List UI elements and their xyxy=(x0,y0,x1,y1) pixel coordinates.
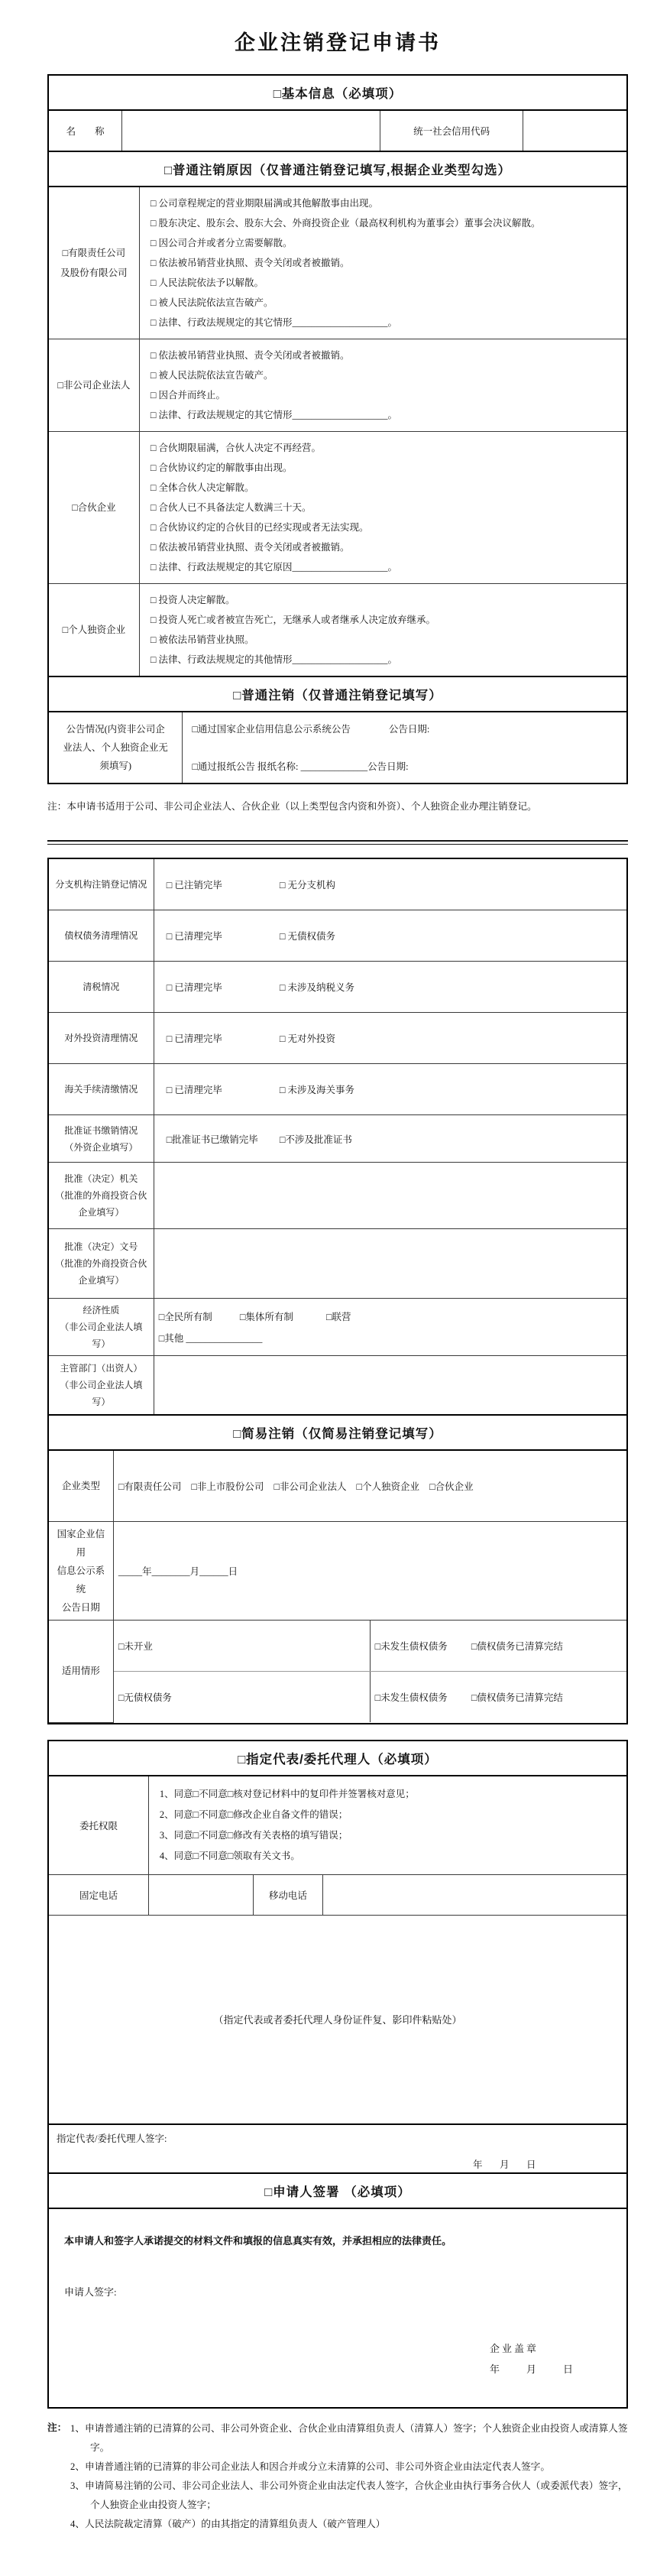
reason-items-cell: □ 合伙期限届满，合伙人决定不再经营。 □ 合伙协议约定的解散事由出现。 □ 全… xyxy=(139,432,626,584)
page-title: 企业注销登记申请书 xyxy=(47,26,628,56)
mobile-phone-input-cell[interactable] xyxy=(322,1874,626,1915)
announce-newspaper-checkbox[interactable]: □通过报纸公告 报纸名称: ______________公告日期: xyxy=(192,759,620,773)
agent-signature-row[interactable]: 指定代表/委托代理人签字: 年 月 日 xyxy=(49,2123,626,2172)
footnote-item: 2、申请普通注销的已清算的非公司企业法人和因合并或分立未清算的公司、非公司外资企… xyxy=(70,2458,628,2477)
announcement-table: 公告情况(内资非公司企 业法人、个人独资企业无 须填写) □通过国家企业信用信息… xyxy=(49,712,626,783)
reason-items-cell: □ 投资人决定解散。 □ 投资人死亡或者被宣告死亡，无继承人或者继承人决定放弃继… xyxy=(139,584,626,676)
footnote-items: 1、申请普通注销的已清算的公司、非公司外资企业、合伙企业由清算组负责人（清算人）… xyxy=(70,2419,628,2534)
option-checkbox[interactable]: □ 已清理完毕 xyxy=(167,1031,277,1045)
options-cell: □未发生债权债务 □债权债务已清算完结 xyxy=(370,1621,626,1672)
table-row: □有限责任公司 及股份有限公司 □ 公司章程规定的营业期限届满或其他解散事由出现… xyxy=(49,187,626,339)
fixed-phone-input-cell[interactable] xyxy=(148,1874,253,1915)
table-row: □合伙企业 □ 合伙期限届满，合伙人决定不再经营。 □ 合伙协议约定的解散事由出… xyxy=(49,432,626,584)
table-row: □个人独资企业 □ 投资人决定解散。 □ 投资人死亡或者被宣告死亡，无继承人或者… xyxy=(49,584,626,676)
economic-options-line: □全民所有制 □集体所有制 □联营 xyxy=(159,1309,622,1323)
name-input-cell[interactable] xyxy=(122,111,380,151)
section-basic-info[interactable]: □基本信息（必填项） xyxy=(49,76,626,111)
option-checkbox[interactable]: □联营 xyxy=(326,1309,351,1323)
company-type-sole-proprietorship-checkbox[interactable]: □个人独资企业 xyxy=(49,584,139,676)
option-checkbox[interactable]: □未发生债权债务 xyxy=(375,1641,448,1652)
reason-checkbox-item[interactable]: □ 法律、行政法规规定的其他情形____________________。 xyxy=(150,650,620,670)
id-paste-area: （指定代表或者委托代理人身份证件复、影印件粘贴处） xyxy=(49,1915,626,2123)
branch-deregistration-label: 分支机构注销登记情况 xyxy=(49,859,154,910)
announcement-label: 公告情况(内资非公司企 业法人、个人独资企业无 须填写) xyxy=(49,712,183,783)
table-row: 公告情况(内资非公司企 业法人、个人独资企业无 须填写) □通过国家企业信用信息… xyxy=(49,712,626,783)
reason-checkbox-item[interactable]: □ 法律、行政法规规定的其它情形____________________。 xyxy=(150,313,620,333)
table-row: 债权债务清理情况 □ 已清理完毕 □ 无债权债务 xyxy=(49,910,626,962)
options-cell: □批准证书已缴销完毕 □不涉及批准证书 xyxy=(154,1115,626,1163)
option-checkbox[interactable]: □未发生债权债务 xyxy=(375,1692,448,1703)
option-checkbox[interactable]: □ 未涉及纳税义务 xyxy=(280,982,354,993)
reason-checkbox-item[interactable]: □ 法律、行政法规规定的其它情形____________________。 xyxy=(150,405,620,425)
approval-document-number-label: 批准（决定）文号 （批准的外商投资合伙 企业填写） xyxy=(49,1229,154,1299)
applicability-note: 注：本申请书适用于公司、非公司企业法人、合伙企业（以上类型包含内资和外资）、个人… xyxy=(47,798,628,816)
option-checkbox[interactable]: □未开业 xyxy=(113,1621,370,1672)
table-row: 批准证书缴销情况 （外资企业填写） □批准证书已缴销完毕 □不涉及批准证书 xyxy=(49,1115,626,1163)
option-checkbox[interactable]: □ 已清理完毕 xyxy=(167,1082,277,1096)
company-seal-label: 企业盖章 xyxy=(490,2338,611,2359)
enterprise-type-label: 企业类型 xyxy=(49,1451,113,1522)
approval-document-number-input-cell[interactable] xyxy=(154,1229,626,1299)
option-checkbox[interactable]: □ 无债权债务 xyxy=(280,931,335,942)
options-cell: □ 已注销完毕 □ 无分支机构 xyxy=(154,859,626,910)
applicant-signature-body: 本申请人和签字人承诺提交的材料文件和填报的信息真实有效，并承担相应的法律责任。 … xyxy=(49,2209,626,2407)
footnote-item: 4、人民法院裁定清算（破产）的由其指定的清算组负责人（破产管理人） xyxy=(70,2515,628,2534)
mobile-phone-label: 移动电话 xyxy=(253,1874,322,1915)
debt-clearance-label: 债权债务清理情况 xyxy=(49,910,154,962)
public-notice-date-input[interactable]: _____年________月______日 xyxy=(113,1522,626,1621)
announce-system-checkbox[interactable]: □通过国家企业信用信息公示系统公告 公告日期: xyxy=(192,721,620,738)
simple-deregistration-table: 企业类型 □有限责任公司□非上市股份公司□非公司企业法人□个人独资企业□合伙企业… xyxy=(49,1451,626,1723)
reason-checkbox-item[interactable]: □ 人民法院依法予以解散。 xyxy=(150,273,620,293)
option-checkbox[interactable]: □ 已清理完毕 xyxy=(167,929,277,942)
agent-signature-label: 指定代表/委托代理人签字: xyxy=(57,2131,619,2145)
reason-checkbox-item[interactable]: □ 合伙期限届满，合伙人决定不再经营。 xyxy=(150,438,620,458)
option-checkbox[interactable]: □债权债务已清算完结 xyxy=(471,1692,563,1703)
table-row: 对外投资清理情况 □ 已清理完毕 □ 无对外投资 xyxy=(49,1013,626,1064)
options-cell: □未发生债权债务 □债权债务已清算完结 xyxy=(370,1672,626,1723)
table-row: □非公司企业法人 □ 依法被吊销营业执照、责令关闭或者被撤销。 □ 被人民法院依… xyxy=(49,339,626,432)
reason-checkbox-item[interactable]: □ 公司章程规定的营业期限届满或其他解散事由出现。 xyxy=(150,193,620,213)
page-separator xyxy=(47,840,628,845)
section-applicant-signature[interactable]: □申请人签署 （必填项） xyxy=(49,2172,626,2209)
applicant-promise-text: 本申请人和签字人承诺提交的材料文件和填报的信息真实有效，并承担相应的法律责任。 xyxy=(64,2232,611,2250)
options-cell: □ 已清理完毕 □ 未涉及海关事务 xyxy=(154,1064,626,1115)
option-checkbox[interactable]: □ 已注销完毕 xyxy=(167,878,277,891)
reason-checkbox-item[interactable]: □ 合伙协议约定的解散事由出现。 xyxy=(150,458,620,478)
agree-disagree-checkbox-line[interactable]: 3、同意□不同意□修改有关表格的填写错误； xyxy=(160,1825,620,1846)
option-checkbox[interactable]: □个人独资企业 xyxy=(357,1481,420,1492)
footnote-item: 3、申请简易注销的公司、非公司企业法人、非公司外资企业由法定代表人签字，合伙企业… xyxy=(70,2477,628,2515)
table-row: 固定电话 移动电话 xyxy=(49,1874,626,1915)
company-type-limited-checkbox[interactable]: □有限责任公司 及股份有限公司 xyxy=(49,187,139,339)
option-checkbox-other[interactable]: □其他 ________________ xyxy=(159,1331,622,1345)
agree-disagree-checkbox-line[interactable]: 4、同意□不同意□领取有关文书。 xyxy=(160,1846,620,1867)
option-checkbox[interactable]: □不涉及批准证书 xyxy=(280,1134,352,1145)
clearance-sheet: 分支机构注销登记情况 □ 已注销完毕 □ 无分支机构 债权债务清理情况 □ 已清… xyxy=(47,858,628,1724)
agent-sheet: □指定代表/委托代理人（必填项） 委托权限 1、同意□不同意□核对登记材料中的复… xyxy=(47,1740,628,2409)
option-checkbox[interactable]: □有限责任公司 xyxy=(118,1481,182,1492)
power-items-cell: 1、同意□不同意□核对登记材料中的复印件并签署核对意见； 2、同意□不同意□修改… xyxy=(148,1776,626,1874)
applicant-signature-date: 年 月 日 xyxy=(490,2359,611,2380)
table-row: 适用情形 □未开业 □未发生债权债务 □债权债务已清算完结 xyxy=(49,1621,626,1672)
company-type-partnership-checkbox[interactable]: □合伙企业 xyxy=(49,432,139,584)
reason-checkbox-item[interactable]: □ 被人民法院依法宣告破产。 xyxy=(150,293,620,313)
approval-certificate-label: 批准证书缴销情况 （外资企业填写） xyxy=(49,1115,154,1163)
table-row: 企业类型 □有限责任公司□非上市股份公司□非公司企业法人□个人独资企业□合伙企业 xyxy=(49,1451,626,1522)
applicable-situation-label: 适用情形 xyxy=(49,1621,113,1723)
reason-checkbox-item[interactable]: □ 法律、行政法规规定的其它原因____________________。 xyxy=(150,557,620,577)
table-row: 国家企业信用 信息公示系统 公告日期 _____年________月______… xyxy=(49,1522,626,1621)
table-row: 批准（决定）文号 （批准的外商投资合伙 企业填写） xyxy=(49,1229,626,1299)
section-ordinary-deregistration[interactable]: □普通注销（仅普通注销登记填写） xyxy=(49,676,626,712)
public-notice-date-label: 国家企业信用 信息公示系统 公告日期 xyxy=(49,1522,113,1621)
reason-checkbox-item[interactable]: □ 被人民法院依法宣告破产。 xyxy=(150,365,620,385)
agent-phone-table: 固定电话 移动电话 xyxy=(49,1874,626,1915)
form-page: 企业注销登记申请书 □基本信息（必填项） 名 称 统一社会信用代码 □普通注销原… xyxy=(0,0,657,2576)
agree-disagree-checkbox-line[interactable]: 2、同意□不同意□修改企业自备文件的错误； xyxy=(160,1805,620,1825)
reason-checkbox-item[interactable]: □ 因合并而终止。 xyxy=(150,385,620,405)
tax-clearance-label: 清税情况 xyxy=(49,962,154,1013)
options-cell: □ 已清理完毕 □ 无债权债务 xyxy=(154,910,626,962)
credit-code-label: 统一社会信用代码 xyxy=(380,111,523,151)
section-designated-agent[interactable]: □指定代表/委托代理人（必填项） xyxy=(49,1741,626,1776)
reason-checkbox-item[interactable]: □ 全体合伙人决定解散。 xyxy=(150,478,620,498)
option-checkbox[interactable]: □ 无分支机构 xyxy=(280,880,335,891)
supervising-department-label: 主管部门（出资人） （非公司企业法人填写） xyxy=(49,1356,154,1415)
table-row: 经济性质 （非公司企业法人填写） □全民所有制 □集体所有制 □联营 □其他 _… xyxy=(49,1299,626,1356)
outbound-investment-label: 对外投资清理情况 xyxy=(49,1013,154,1064)
table-row: 主管部门（出资人） （非公司企业法人填写） xyxy=(49,1356,626,1415)
reason-checkbox-item[interactable]: □ 投资人决定解散。 xyxy=(150,590,620,610)
option-checkbox[interactable]: □非公司企业法人 xyxy=(273,1481,346,1492)
footnote-item: 1、申请普通注销的已清算的公司、非公司外资企业、合伙企业由清算组负责人（清算人）… xyxy=(70,2419,628,2458)
table-row: 海关手续清缴情况 □ 已清理完毕 □ 未涉及海关事务 xyxy=(49,1064,626,1115)
reason-checkbox-item[interactable]: □ 依法被吊销营业执照、责令关闭或者被撤销。 xyxy=(150,346,620,365)
announcement-options-cell: □通过国家企业信用信息公示系统公告 公告日期: □通过报纸公告 报纸名称: __… xyxy=(183,712,626,783)
table-row: 批准（决定）机关 （批准的外商投资合伙 企业填写） xyxy=(49,1163,626,1229)
name-label: 名 称 xyxy=(49,111,122,151)
option-checkbox[interactable]: □债权债务已清算完结 xyxy=(471,1641,563,1652)
agent-signature-date: 年 月 日 xyxy=(473,2157,619,2171)
economic-nature-label: 经济性质 （非公司企业法人填写） xyxy=(49,1299,154,1356)
credit-code-input-cell[interactable] xyxy=(523,111,626,151)
reason-checkbox-item[interactable]: □ 被依法吊销营业执照。 xyxy=(150,630,620,650)
economic-nature-options-cell: □全民所有制 □集体所有制 □联营 □其他 ________________ xyxy=(154,1299,626,1356)
option-checkbox[interactable]: □ 未涉及海关事务 xyxy=(280,1085,354,1095)
customs-clearance-label: 海关手续清缴情况 xyxy=(49,1064,154,1115)
option-checkbox[interactable]: □非上市股份公司 xyxy=(191,1481,264,1492)
section-simple-deregistration[interactable]: □简易注销（仅简易注销登记填写） xyxy=(49,1414,626,1451)
options-cell: □ 已清理完毕 □ 未涉及纳税义务 xyxy=(154,962,626,1013)
reason-checkbox-item[interactable]: □ 依法被吊销营业执照、责令关闭或者被撤销。 xyxy=(150,537,620,557)
fixed-phone-label: 固定电话 xyxy=(49,1874,148,1915)
company-seal-block: 企业盖章 年 月 日 xyxy=(490,2338,611,2380)
reason-checkbox-item[interactable]: □ 合伙人已不具备法定人数满三十天。 xyxy=(150,498,620,517)
reason-checkbox-item[interactable]: □ 投资人死亡或者被宣告死亡，无继承人或者继承人决定放弃继承。 xyxy=(150,610,620,630)
options-cell: □ 已清理完毕 □ 无对外投资 xyxy=(154,1013,626,1064)
table-row: 清税情况 □ 已清理完毕 □ 未涉及纳税义务 xyxy=(49,962,626,1013)
reason-checkbox-item[interactable]: □ 因公司合并或者分立需要解散。 xyxy=(150,233,620,253)
section-ordinary-reason[interactable]: □普通注销原因（仅普通注销登记填写,根据企业类型勾选） xyxy=(49,151,626,187)
id-paste-hint: （指定代表或者委托代理人身份证件复、影印件粘贴处） xyxy=(213,2012,461,2026)
option-checkbox[interactable]: □ 已清理完毕 xyxy=(167,980,277,994)
footnotes: 注： 1、申请普通注销的已清算的公司、非公司外资企业、合伙企业由清算组负责人（清… xyxy=(47,2419,628,2534)
option-checkbox[interactable]: □集体所有制 xyxy=(240,1309,324,1323)
agent-power-table: 委托权限 1、同意□不同意□核对登记材料中的复印件并签署核对意见； 2、同意□不… xyxy=(49,1776,626,1874)
option-checkbox[interactable]: □ 无对外投资 xyxy=(280,1033,335,1044)
option-checkbox[interactable]: □全民所有制 xyxy=(159,1309,238,1323)
table-row: □无债权债务 □未发生债权债务 □债权债务已清算完结 xyxy=(49,1672,626,1723)
applicant-signature-label[interactable]: 申请人签字: xyxy=(64,2284,611,2299)
agree-disagree-checkbox-line[interactable]: 1、同意□不同意□核对登记材料中的复印件并签署核对意见； xyxy=(160,1784,620,1805)
option-checkbox[interactable]: □无债权债务 xyxy=(113,1672,370,1723)
reason-checkbox-item[interactable]: □ 合伙协议约定的合伙目的已经实现或者无法实现。 xyxy=(150,517,620,537)
approval-authority-input-cell[interactable] xyxy=(154,1163,626,1229)
reason-checkbox-item[interactable]: □ 依法被吊销营业执照、责令关闭或者被撤销。 xyxy=(150,253,620,273)
reason-items-cell: □ 依法被吊销营业执照、责令关闭或者被撤销。 □ 被人民法院依法宣告破产。 □ … xyxy=(139,339,626,432)
company-type-noncorporate-checkbox[interactable]: □非公司企业法人 xyxy=(49,339,139,432)
power-of-attorney-label: 委托权限 xyxy=(49,1776,148,1874)
main-form-sheet: □基本信息（必填项） 名 称 统一社会信用代码 □普通注销原因（仅普通注销登记填… xyxy=(47,74,628,784)
reason-items-cell: □ 公司章程规定的营业期限届满或其他解散事由出现。 □ 股东决定、股东会、股东大… xyxy=(139,187,626,339)
option-checkbox[interactable]: □合伙企业 xyxy=(429,1481,474,1492)
ordinary-reason-table: □有限责任公司 及股份有限公司 □ 公司章程规定的营业期限届满或其他解散事由出现… xyxy=(49,187,626,676)
basic-info-table: 名 称 统一社会信用代码 xyxy=(49,111,626,151)
table-row: 分支机构注销登记情况 □ 已注销完毕 □ 无分支机构 xyxy=(49,859,626,910)
clearance-table: 分支机构注销登记情况 □ 已注销完毕 □ 无分支机构 债权债务清理情况 □ 已清… xyxy=(49,859,626,1414)
reason-checkbox-item[interactable]: □ 股东决定、股东会、股东大会、外商投资企业（最高权利机构为董事会）董事会决议解… xyxy=(150,213,620,233)
approval-authority-label: 批准（决定）机关 （批准的外商投资合伙 企业填写） xyxy=(49,1163,154,1229)
table-row: 名 称 统一社会信用代码 xyxy=(49,111,626,151)
option-checkbox[interactable]: □批准证书已缴销完毕 xyxy=(167,1132,277,1146)
footnote-prefix: 注： xyxy=(47,2419,70,2534)
table-row: 委托权限 1、同意□不同意□核对登记材料中的复印件并签署核对意见； 2、同意□不… xyxy=(49,1776,626,1874)
supervising-department-input-cell[interactable] xyxy=(154,1356,626,1415)
enterprise-type-options-cell: □有限责任公司□非上市股份公司□非公司企业法人□个人独资企业□合伙企业 xyxy=(113,1451,626,1522)
